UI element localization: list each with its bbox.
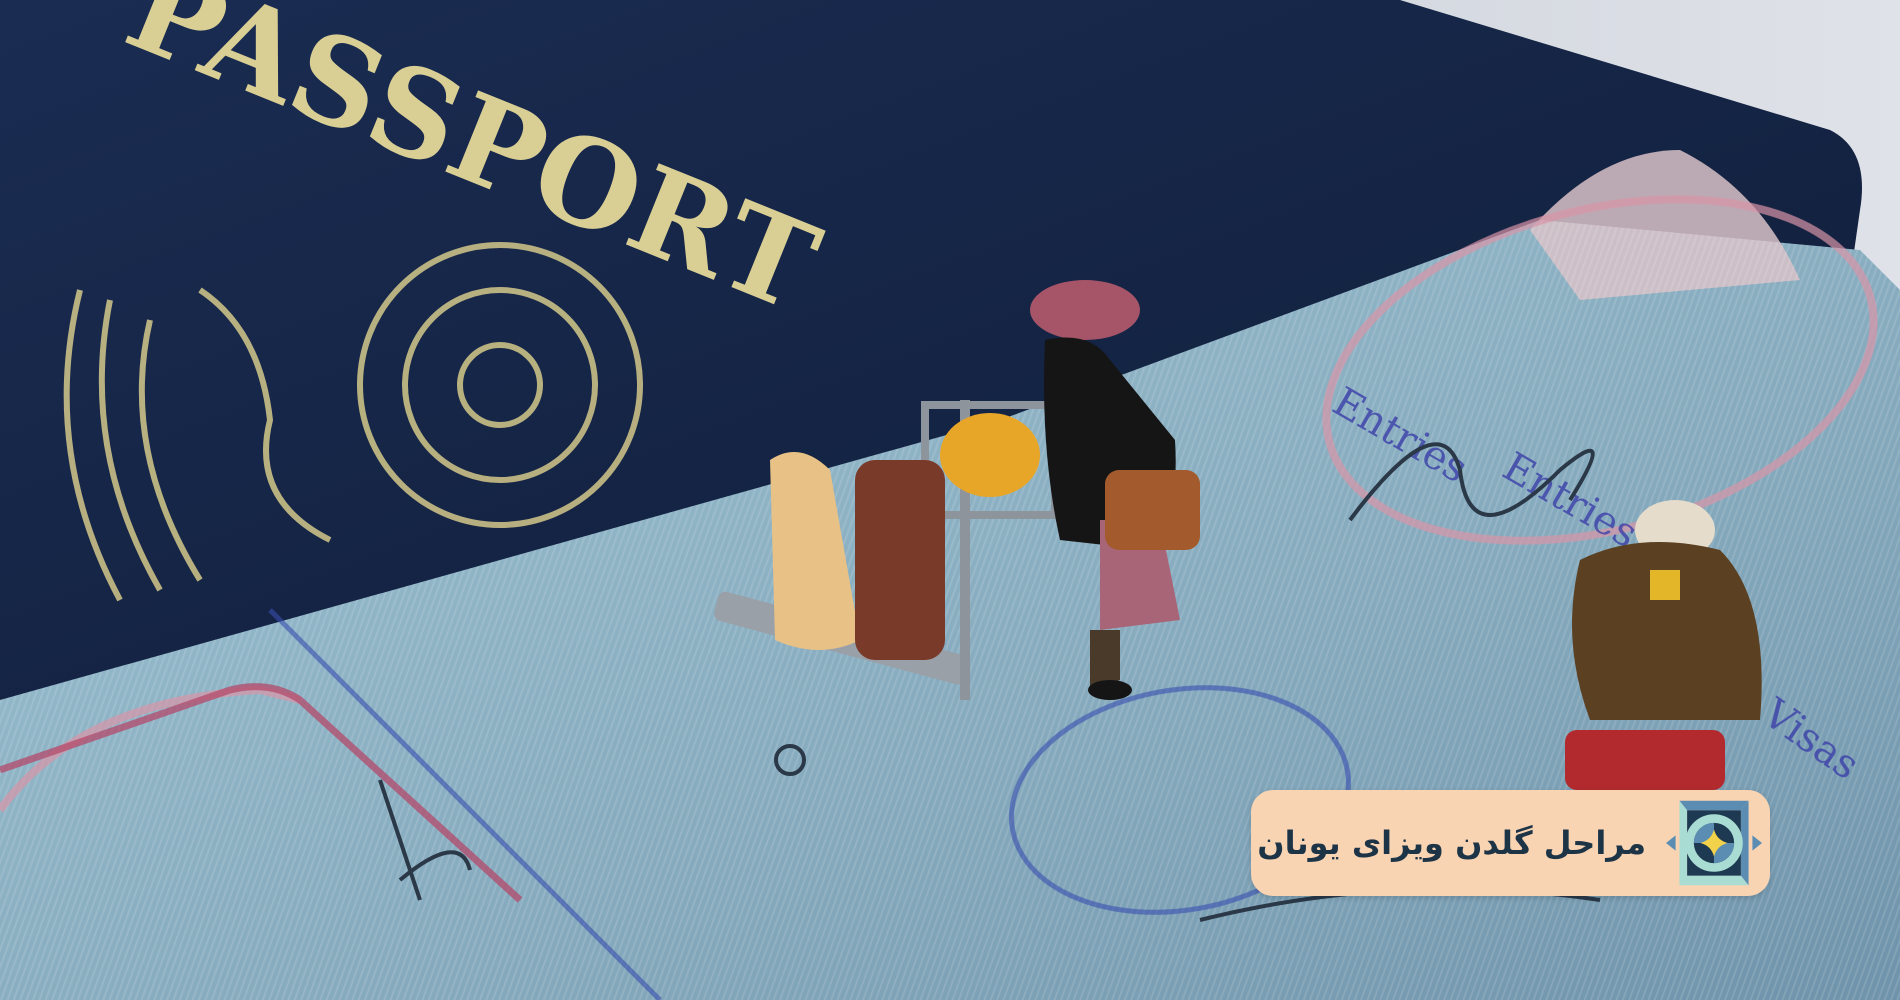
article-title: مراحل گلدن ویزای یونان bbox=[1257, 824, 1646, 862]
hero-image: PASSPORT Entries Entries Vi bbox=[0, 0, 1900, 1000]
article-title-badge: مراحل گلدن ویزای یونان bbox=[1251, 790, 1770, 896]
geometric-star-logo-icon bbox=[1666, 795, 1762, 891]
